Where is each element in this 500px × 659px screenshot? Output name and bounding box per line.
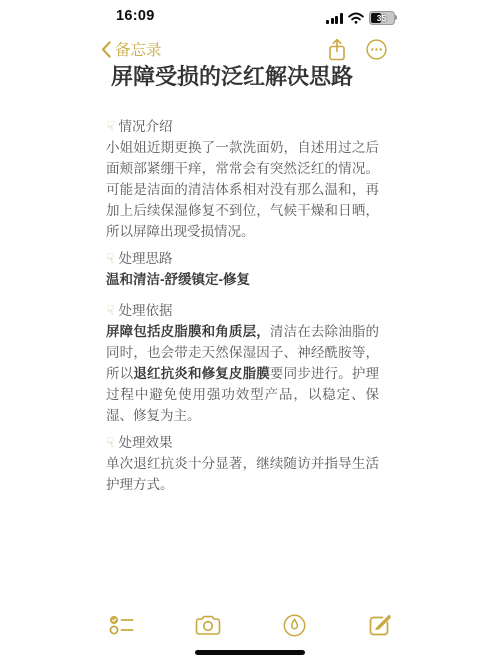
note-editor[interactable]: 屏障受损的泛红解决思路 ☟ 情况介绍 小姐姐近期更换了一款洗面奶，自述用过之后面… — [106, 62, 379, 495]
section-header: ☟ 处理效果 — [106, 432, 379, 453]
compose-button[interactable] — [366, 611, 394, 639]
home-indicator[interactable] — [195, 650, 305, 655]
chevron-left-icon — [101, 41, 111, 58]
text-segment-bold: 屏障包括皮脂膜和角质层， — [106, 324, 270, 339]
section-header: ☟ 处理思路 — [106, 248, 379, 269]
paragraph[interactable]: 小姐姐近期更换了一款洗面奶，自述用过之后面颊部紧绷干痒，常常会有突然泛红的情况。… — [106, 137, 379, 242]
battery-icon: 35 — [369, 11, 395, 25]
battery-percent: 35 — [370, 12, 394, 24]
section-header-label: 处理效果 — [119, 432, 173, 453]
note-title[interactable]: 屏障受损的泛红解决思路 — [111, 62, 379, 92]
camera-button[interactable] — [194, 611, 222, 639]
markup-button[interactable] — [280, 611, 308, 639]
pointing-down-icon: ☟ — [106, 300, 115, 321]
text-segment-bold: 退红抗炎和修复皮脂膜 — [133, 366, 270, 381]
pointing-down-icon: ☟ — [106, 116, 115, 137]
status-icons: 35 — [326, 11, 395, 25]
status-bar: 16:09 35 — [0, 0, 500, 32]
section-header-label: 处理依据 — [119, 300, 173, 321]
back-label: 备忘录 — [115, 38, 162, 60]
cellular-signal-icon — [326, 13, 343, 24]
text-segment: 小姐姐近期更换了一款洗面奶，自述用过之后面颊部紧绷干痒，常常会有突然泛红的情况。… — [106, 140, 379, 239]
share-button[interactable] — [327, 37, 347, 63]
text-segment: 单次退红抗炎十分显著，继续随访并指导生活护理方式。 — [106, 456, 379, 492]
section-intro: ☟ 情况介绍 小姐姐近期更换了一款洗面奶，自述用过之后面颊部紧绷干痒，常常会有突… — [106, 116, 379, 242]
clock: 16:09 — [116, 8, 155, 24]
notes-app-screen: 16:09 35 — [0, 0, 500, 659]
paragraph[interactable]: 温和清洁-舒缓镇定-修复 — [106, 269, 379, 290]
checklist-button[interactable] — [108, 611, 136, 639]
bottom-toolbar — [108, 611, 394, 639]
section-result: ☟ 处理效果 单次退红抗炎十分显著，继续随访并指导生活护理方式。 — [106, 432, 379, 495]
section-header-label: 情况介绍 — [119, 116, 173, 137]
paragraph[interactable]: 单次退红抗炎十分显著，继续随访并指导生活护理方式。 — [106, 453, 379, 495]
section-header: ☟ 处理依据 — [106, 300, 379, 321]
wifi-icon — [348, 12, 364, 24]
pointing-down-icon: ☟ — [106, 248, 115, 269]
section-header-label: 处理思路 — [119, 248, 173, 269]
paragraph[interactable]: 屏障包括皮脂膜和角质层，清洁在去除油脂的同时，也会带走天然保湿因子、神经酰胺等，… — [106, 321, 379, 426]
section-approach: ☟ 处理思路 温和清洁-舒缓镇定-修复 — [106, 248, 379, 290]
section-header: ☟ 情况介绍 — [106, 116, 379, 137]
section-rationale: ☟ 处理依据 屏障包括皮脂膜和角质层，清洁在去除油脂的同时，也会带走天然保湿因子… — [106, 300, 379, 426]
back-button[interactable]: 备忘录 — [101, 38, 162, 60]
more-options-button[interactable] — [366, 39, 387, 60]
pointing-down-icon: ☟ — [106, 432, 115, 453]
text-segment-bold: 温和清洁-舒缓镇定-修复 — [106, 272, 250, 287]
